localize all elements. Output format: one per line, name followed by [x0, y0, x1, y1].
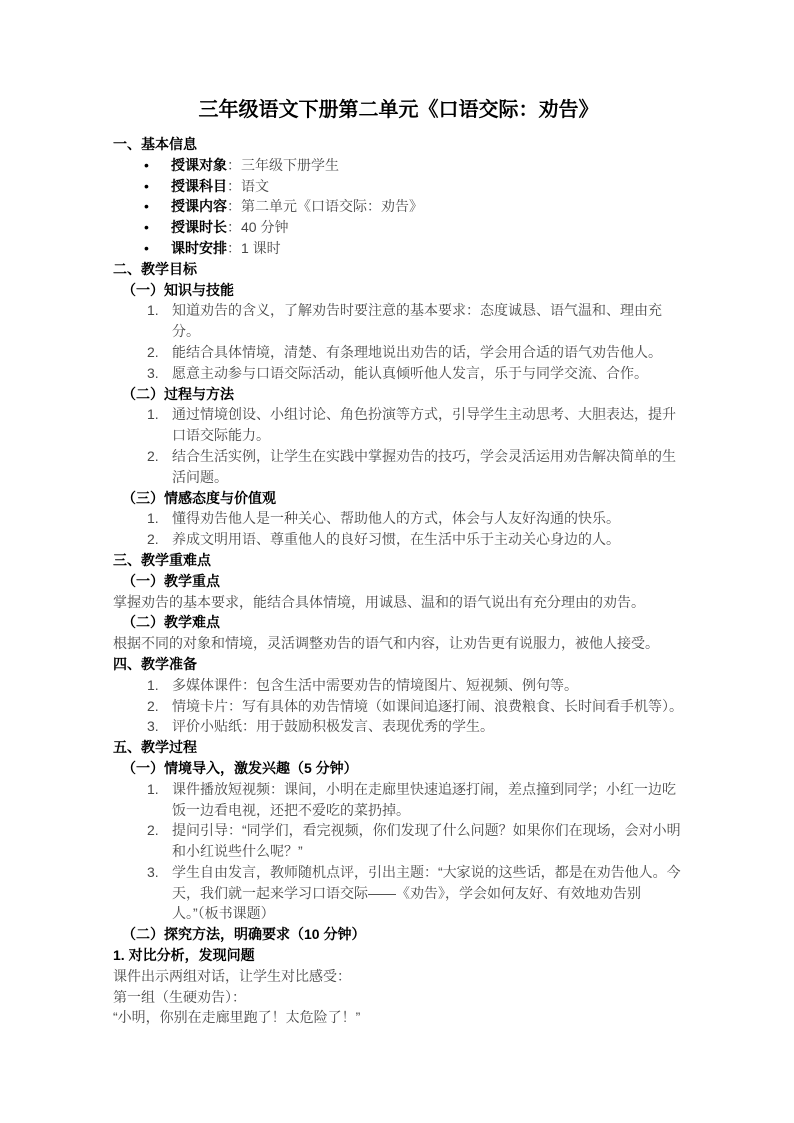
bullet-label: 授课科目 [171, 178, 227, 194]
bullet-colon: ： [227, 157, 241, 173]
list-number: 1. [147, 404, 159, 425]
numbered-list-item: 2.养成文明用语、尊重他人的良好习惯，在生活中乐于主动关心身边的人。 [113, 529, 684, 550]
paragraph: 掌握劝告的基本要求，能结合具体情境，用诚恳、温和的语气说出有充分理由的劝告。 [113, 592, 684, 613]
numbered-list-item: 2.能结合具体情境，清楚、有条理地说出劝告的话，学会用合适的语气劝告他人。 [113, 342, 684, 363]
bullet-value: 40 分钟 [241, 219, 288, 235]
bullet-list-item: •授课科目：语文 [113, 176, 684, 197]
numbered-list-item: 2.结合生活实例，让学生在实践中掌握劝告的技巧，学会灵活运用劝告解决简单的生活问… [113, 446, 684, 488]
bullet-colon: ： [227, 219, 241, 235]
bullet-list-item: •授课内容：第二单元《口语交际：劝告》 [113, 196, 684, 217]
bullet-value: 三年级下册学生 [241, 157, 339, 173]
subsection-heading: （二）过程与方法 [113, 384, 684, 405]
numbered-list-item: 1.知道劝告的含义，了解劝告时要注意的基本要求：态度诚恳、语气温和、理由充分。 [113, 300, 684, 342]
bullet-label: 授课对象 [171, 157, 227, 173]
list-item-text: 情境卡片：写有具体的劝告情境（如课间追逐打闹、浪费粮食、长时间看手机等）。 [172, 698, 683, 714]
list-number: 2. [147, 820, 159, 841]
bullet-value: 第二单元《口语交际：劝告》 [241, 198, 423, 214]
subsection-heading: （二）教学难点 [113, 612, 684, 633]
paragraph: “小明，你别在走廊里跑了！太危险了！” [113, 1007, 684, 1028]
numbered-list-item: 3.学生自由发言，教师随机点评，引出主题：“大家说的这些话，都是在劝告他人。今天… [113, 862, 684, 924]
bullet-icon: • [144, 176, 149, 197]
list-number: 3. [147, 363, 159, 384]
subsection-heading: （三）情感态度与价值观 [113, 488, 684, 509]
numbered-list-item: 3.评价小贴纸：用于鼓励积极发言、表现优秀的学生。 [113, 716, 684, 737]
list-number: 1. [147, 300, 159, 321]
list-number: 2. [147, 446, 159, 467]
bullet-label: 课时安排 [171, 240, 227, 256]
list-item-text: 懂得劝告他人是一种关心、帮助他人的方式，体会与人友好沟通的快乐。 [172, 510, 620, 526]
list-item-text: 学生自由发言，教师随机点评，引出主题：“大家说的这些话，都是在劝告他人。今天，我… [172, 864, 681, 922]
section-heading: 四、教学准备 [113, 654, 684, 675]
subsection-heading: （一）知识与技能 [113, 280, 684, 301]
list-item-text: 通过情境创设、小组讨论、角色扮演等方式，引导学生主动思考、大胆表达，提升口语交际… [172, 406, 676, 443]
bullet-colon: ： [227, 240, 241, 256]
list-item-text: 结合生活实例，让学生在实践中掌握劝告的技巧，学会灵活运用劝告解决简单的生活问题。 [172, 448, 676, 485]
paragraph: 根据不同的对象和情境，灵活调整劝告的语气和内容，让劝告更有说服力，被他人接受。 [113, 633, 684, 654]
bullet-icon: • [144, 217, 149, 238]
bullet-colon: ： [227, 178, 241, 194]
list-number: 1. [147, 779, 159, 800]
bullet-label: 授课内容 [171, 198, 227, 214]
list-item-text: 愿意主动参与口语交际活动，能认真倾听他人发言，乐于与同学交流、合作。 [172, 365, 648, 381]
list-item-text: 能结合具体情境，清楚、有条理地说出劝告的话，学会用合适的语气劝告他人。 [172, 344, 662, 360]
list-number: 2. [147, 529, 159, 550]
bullet-list-item: •授课时长：40 分钟 [113, 217, 684, 238]
numbered-list-item: 3.愿意主动参与口语交际活动，能认真倾听他人发言，乐于与同学交流、合作。 [113, 363, 684, 384]
subsection-heading: （一）情境导入，激发兴趣（5 分钟） [113, 758, 684, 779]
section-heading: 三、教学重难点 [113, 550, 684, 571]
list-number: 2. [147, 696, 159, 717]
list-item-text: 课件播放短视频：课间，小明在走廊里快速追逐打闹，差点撞到同学；小红一边吃饭一边看… [172, 781, 676, 818]
bullet-icon: • [144, 155, 149, 176]
list-number: 1. [147, 508, 159, 529]
paragraph: 第一组（生硬劝告）： [113, 987, 684, 1008]
list-item-text: 知道劝告的含义，了解劝告时要注意的基本要求：态度诚恳、语气温和、理由充分。 [172, 302, 662, 339]
numbered-list-item: 1.通过情境创设、小组讨论、角色扮演等方式，引导学生主动思考、大胆表达，提升口语… [113, 404, 684, 446]
bullet-colon: ： [227, 198, 241, 214]
list-number: 1. [147, 675, 159, 696]
document-title: 三年级语文下册第二单元《口语交际：劝告》 [113, 97, 684, 123]
bullet-list-item: •授课对象：三年级下册学生 [113, 155, 684, 176]
numbered-subheading: 1. 对比分析，发现问题 [113, 945, 684, 966]
list-item-text: 提问引导：“同学们，看完视频，你们发现了什么问题？如果你们在现场，会对小明和小红… [172, 822, 681, 859]
list-number: 3. [147, 862, 159, 883]
section-heading: 一、基本信息 [113, 134, 684, 155]
section-heading: 二、教学目标 [113, 259, 684, 280]
list-item-text: 评价小贴纸：用于鼓励积极发言、表现优秀的学生。 [172, 718, 494, 734]
list-number: 2. [147, 342, 159, 363]
bullet-label: 授课时长 [171, 219, 227, 235]
section-heading: 五、教学过程 [113, 737, 684, 758]
numbered-list-item: 1.懂得劝告他人是一种关心、帮助他人的方式，体会与人友好沟通的快乐。 [113, 508, 684, 529]
list-item-text: 养成文明用语、尊重他人的良好习惯，在生活中乐于主动关心身边的人。 [172, 531, 620, 547]
paragraph: 课件出示两组对话，让学生对比感受： [113, 966, 684, 987]
bullet-value: 语文 [241, 178, 269, 194]
subsection-heading: （二）探究方法，明确要求（10 分钟） [113, 924, 684, 945]
bullet-icon: • [144, 196, 149, 217]
document-page: 三年级语文下册第二单元《口语交际：劝告》 一、基本信息•授课对象：三年级下册学生… [0, 0, 794, 1123]
bullet-icon: • [144, 238, 149, 259]
numbered-list-item: 2.提问引导：“同学们，看完视频，你们发现了什么问题？如果你们在现场，会对小明和… [113, 820, 684, 862]
bullet-list-item: •课时安排：1 课时 [113, 238, 684, 259]
numbered-list-item: 1.多媒体课件：包含生活中需要劝告的情境图片、短视频、例句等。 [113, 675, 684, 696]
list-item-text: 多媒体课件：包含生活中需要劝告的情境图片、短视频、例句等。 [172, 677, 578, 693]
numbered-list-item: 2.情境卡片：写有具体的劝告情境（如课间追逐打闹、浪费粮食、长时间看手机等）。 [113, 696, 684, 717]
subsection-heading: （一）教学重点 [113, 571, 684, 592]
list-number: 3. [147, 716, 159, 737]
bullet-value: 1 课时 [241, 240, 281, 256]
numbered-list-item: 1.课件播放短视频：课间，小明在走廊里快速追逐打闹，差点撞到同学；小红一边吃饭一… [113, 779, 684, 821]
document-body: 一、基本信息•授课对象：三年级下册学生•授课科目：语文•授课内容：第二单元《口语… [113, 134, 684, 1028]
